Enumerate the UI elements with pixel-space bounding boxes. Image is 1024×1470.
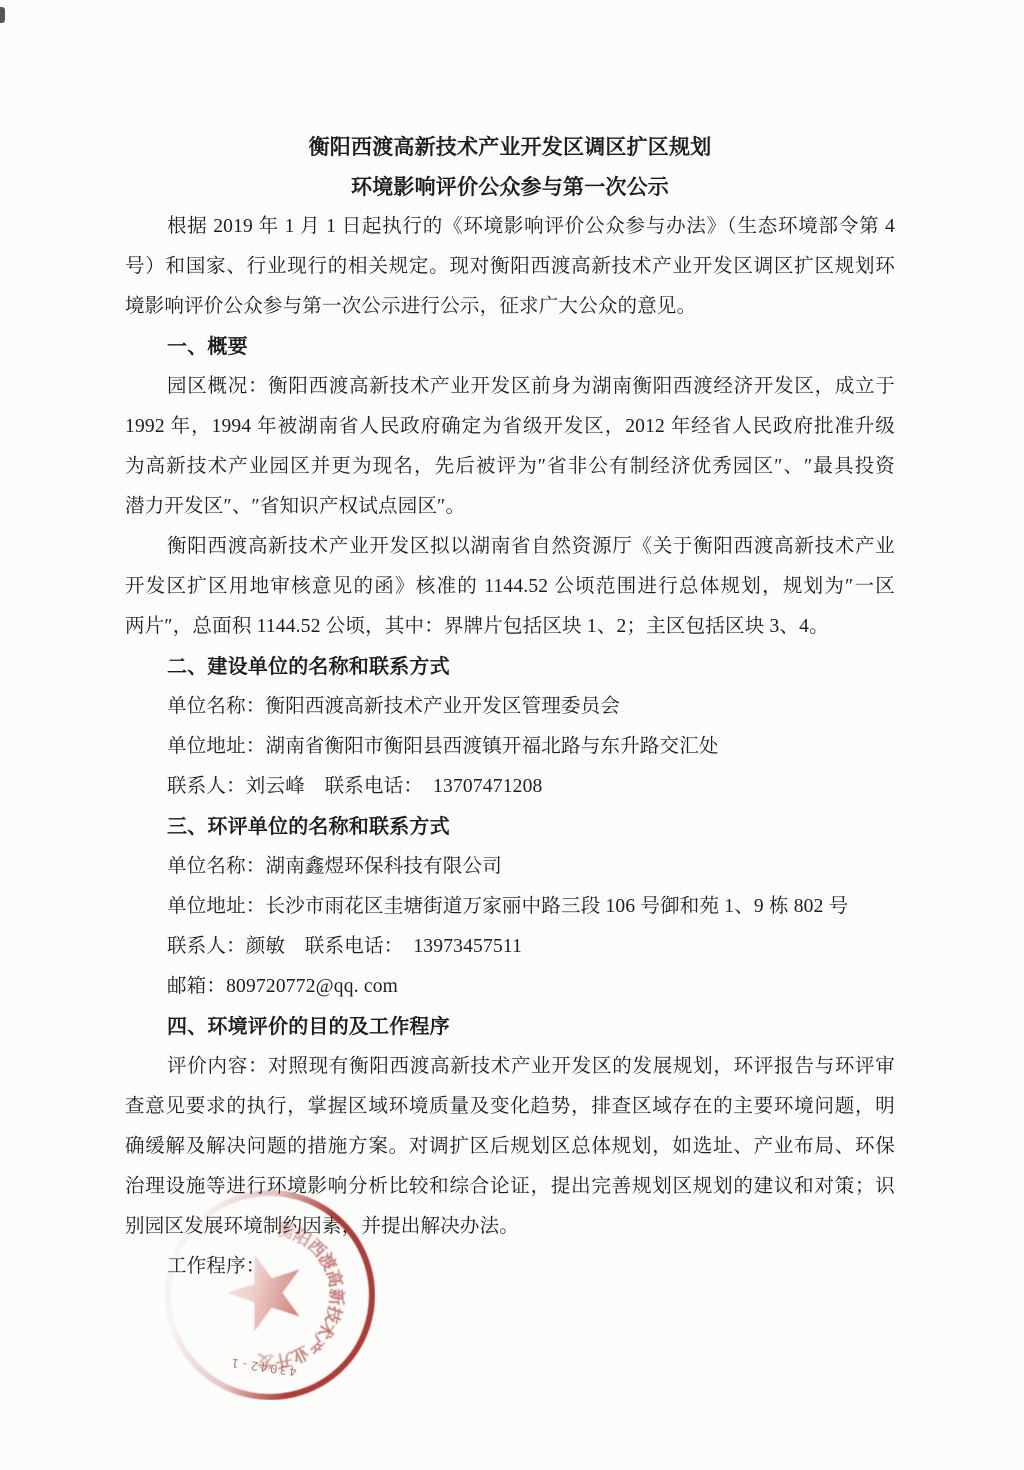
- text-line: 单位名称：湖南鑫煜环保科技有限公司: [125, 847, 895, 887]
- seal-arc-char: 术: [312, 1317, 342, 1345]
- text-line: 根据 2019 年 1 月 1 日起执行的《环境影响评价公众参与办法》（生态环境…: [125, 207, 895, 247]
- seal-arc-char: 新: [325, 1288, 350, 1306]
- section-heading: 二、建设单位的名称和联系方式: [125, 647, 895, 687]
- section-heading: 四、环境评价的目的及工作程序: [125, 1007, 895, 1047]
- seal-serial-number: 43042-1: [228, 1355, 297, 1378]
- page: 衡阳西渡高新技术产业开发区调区扩区规划环境影响评价公众参与第一次公示根据 201…: [0, 0, 1024, 1470]
- seal-arc-char: 发: [256, 1350, 275, 1376]
- seal-arc-char: 业: [288, 1341, 314, 1371]
- text-line: 为高新技术产业园区并更为现名，先后被评为″省非公有制经济优秀园区″、″最具投资: [125, 447, 895, 487]
- text-line: 境影响评价公众参与第一次公示进行公示，征求广大公众的意见。: [125, 287, 895, 327]
- section-heading: 三、环评单位的名称和联系方式: [125, 807, 895, 847]
- text-line: 衡阳西渡高新技术产业开发区拟以湖南省自然资源厅《关于衡阳西渡高新技术产业: [125, 527, 895, 567]
- text-line: 确缓解及解决问题的措施方案。对调扩区后规划区总体规划，如选址、产业布局、环保: [125, 1127, 895, 1167]
- text-line: 单位名称：衡阳西渡高新技术产业开发区管理委员会: [125, 687, 895, 727]
- text-line: 治理设施等进行环境影响分析比较和综合论证，提出完善规划区规划的建议和对策；识: [125, 1167, 895, 1207]
- seal-arc-char: 产: [301, 1330, 330, 1360]
- section-heading: 一、概要: [125, 327, 895, 367]
- text-line: 单位地址：湖南省衡阳市衡阳县西渡镇开福北路与东升路交汇处: [125, 727, 895, 767]
- text-line: 潜力开发区″、″省知识产权试点园区″。: [125, 487, 895, 527]
- text-line: 评价内容：对照现有衡阳西渡高新技术产业开发区的发展规划，环评报告与环评审: [125, 1047, 895, 1087]
- seal-arc-char: 开: [273, 1348, 295, 1376]
- document-body: 衡阳西渡高新技术产业开发区调区扩区规划环境影响评价公众参与第一次公示根据 201…: [125, 127, 895, 1287]
- text-line: 开发区扩区用地审核意见的函》核准的 1144.52 公顷范围进行总体规划，规划为…: [125, 567, 895, 607]
- title-line: 衡阳西渡高新技术产业开发区调区扩区规划: [125, 127, 895, 167]
- text-line: 联系人：颜敏 联系电话： 13973457511: [125, 927, 895, 967]
- text-line: 两片″，总面积 1144.52 公顷，其中：界牌片包括区块 1、2；主区包括区块…: [125, 607, 895, 647]
- text-line: 别园区发展环境制约因素，并提出解决办法。: [125, 1207, 895, 1247]
- seal-arc-char: 技: [321, 1303, 350, 1326]
- text-line: 邮箱：809720772@qq. com: [125, 967, 895, 1007]
- text-line: 园区概况：衡阳西渡高新技术产业开发区前身为湖南衡阳西渡经济开发区，成立于: [125, 367, 895, 407]
- text-line: 号）和国家、行业现行的相关规定。现对衡阳西渡高新技术产业开发区调区扩区规划环: [125, 247, 895, 287]
- text-line: 1992 年，1994 年被湖南省人民政府确定为省级开发区，2012 年经省人民…: [125, 407, 895, 447]
- text-line: 查意见要求的执行，掌握区域环境质量及变化趋势，排查区域存在的主要环境问题，明: [125, 1087, 895, 1127]
- title-line: 环境影响评价公众参与第一次公示: [125, 167, 895, 207]
- scan-edge-artifact: [0, 7, 5, 23]
- text-line: 联系人：刘云峰 联系电话： 13707471208: [125, 767, 895, 807]
- text-line: 工作程序：: [125, 1247, 895, 1287]
- text-line: 单位地址：长沙市雨花区圭塘街道万家丽中路三段 106 号御和苑 1、9 栋 80…: [125, 887, 895, 927]
